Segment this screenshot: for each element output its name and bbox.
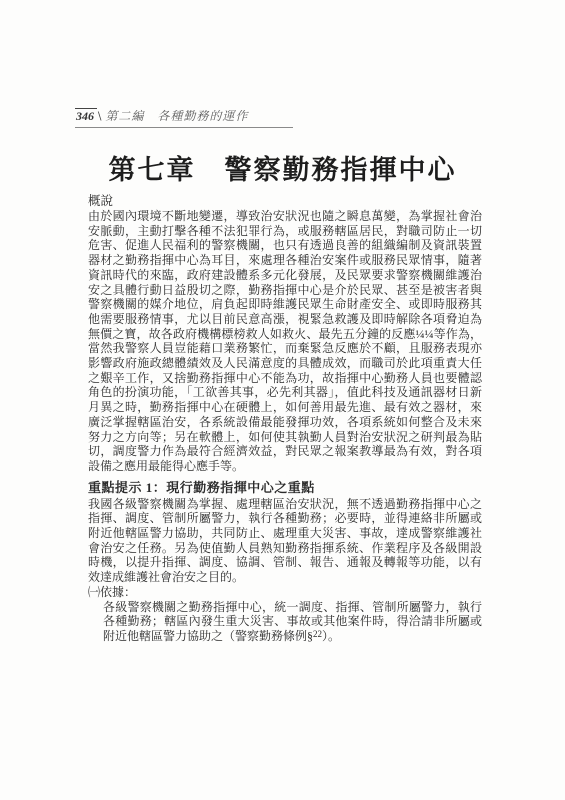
- key-points-heading: 重點提示 1：現行勤務指揮中心之重點: [88, 479, 482, 497]
- key-points-paragraph: 我國各級警察機關為掌握、處理轄區治安狀況，無不透過勤務指揮中心之指揮、調度、管制…: [88, 497, 482, 585]
- header-separator-slash: \: [98, 108, 101, 125]
- basis-quote-text: 各級警察機關之勤務指揮中心，統一調度、指揮、管制所屬警力，執行各種勤務；轄區內發…: [103, 600, 482, 643]
- basis-list-label: ㈠依據：: [88, 585, 482, 600]
- page-content: 概說 由於國內環境不斷地變遷，導致治安狀況也隨之瞬息萬變，為掌握社會治安脈動，主…: [88, 194, 482, 644]
- basis-quote: 各級警察機關之勤務指揮中心，統一調度、指揮、管制所屬警力，執行各種勤務；轄區內發…: [103, 600, 482, 644]
- key-points-section: 重點提示 1：現行勤務指揮中心之重點 我國各級警察機關為掌握、處理轄區治安狀況，…: [88, 479, 482, 644]
- statute-section-superscript: 22: [313, 629, 322, 639]
- chapter-title: 第七章 警察勤務指揮中心: [0, 148, 565, 187]
- page-number: 346: [75, 108, 97, 123]
- overview-paragraph: 由於國內環境不斷地變遷，導致治安狀況也隨之瞬息萬變，為掌握社會治安脈動，主動打擊…: [88, 209, 482, 474]
- overview-section: 概說 由於國內環境不斷地變遷，導致治安狀況也隨之瞬息萬變，為掌握社會治安脈動，主…: [88, 194, 482, 474]
- basis-quote-tail: ）。: [322, 629, 340, 643]
- book-page: 346\第二編 各種勤務的運作 第七章 警察勤務指揮中心 概說 由於國內環境不斷…: [0, 0, 565, 800]
- part-title: 第二編 各種勤務的運作: [105, 109, 248, 123]
- running-header: 346\第二編 各種勤務的運作: [75, 107, 293, 128]
- overview-heading: 概說: [88, 194, 482, 209]
